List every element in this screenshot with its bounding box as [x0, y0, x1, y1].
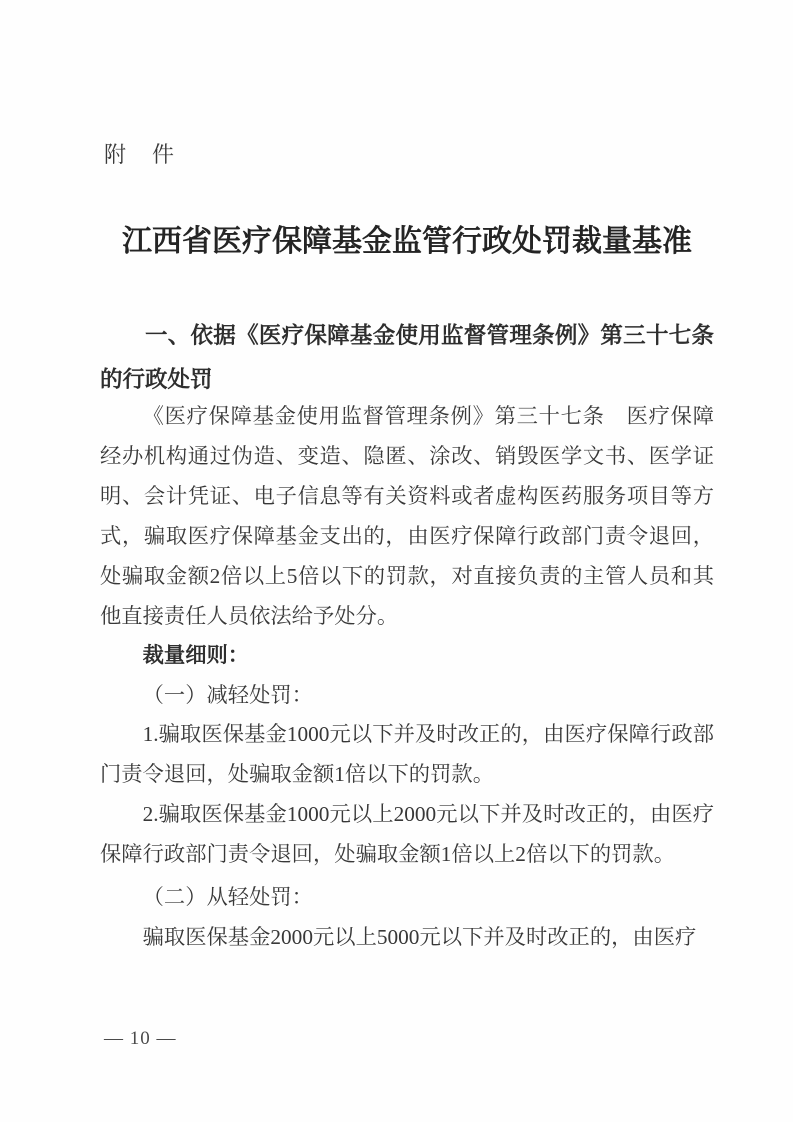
- page-number: — 10 —: [104, 1026, 177, 1052]
- rule-category-2-label: （二）从轻处罚：: [100, 877, 714, 917]
- document-page: 附 件 江西省医疗保障基金监管行政处罚裁量基准 一、依据《医疗保障基金使用监督管…: [0, 0, 793, 1122]
- rule-category-1-item-2: 2.骗取医保基金1000元以上2000元以下并及时改正的，由医疗保障行政部门责令…: [100, 794, 714, 874]
- document-title: 江西省医疗保障基金监管行政处罚裁量基准: [100, 220, 714, 264]
- rule-category-1-label: （一）减轻处罚：: [100, 675, 714, 715]
- legal-basis-paragraph: 《医疗保障基金使用监督管理条例》第三十七条 医疗保障经办机构通过伪造、变造、隐匿…: [100, 396, 714, 636]
- rules-heading: 裁量细则：: [100, 635, 714, 675]
- section-heading: 一、依据《医疗保障基金使用监督管理条例》第三十七条的行政处罚: [100, 314, 714, 402]
- rule-category-1-item-1: 1.骗取医保基金1000元以下并及时改正的，由医疗保障行政部门责令退回，处骗取金…: [100, 714, 714, 794]
- attachment-label: 附 件: [104, 140, 176, 170]
- rule-category-2-item-1: 骗取医保基金2000元以上5000元以下并及时改正的，由医疗: [100, 917, 714, 957]
